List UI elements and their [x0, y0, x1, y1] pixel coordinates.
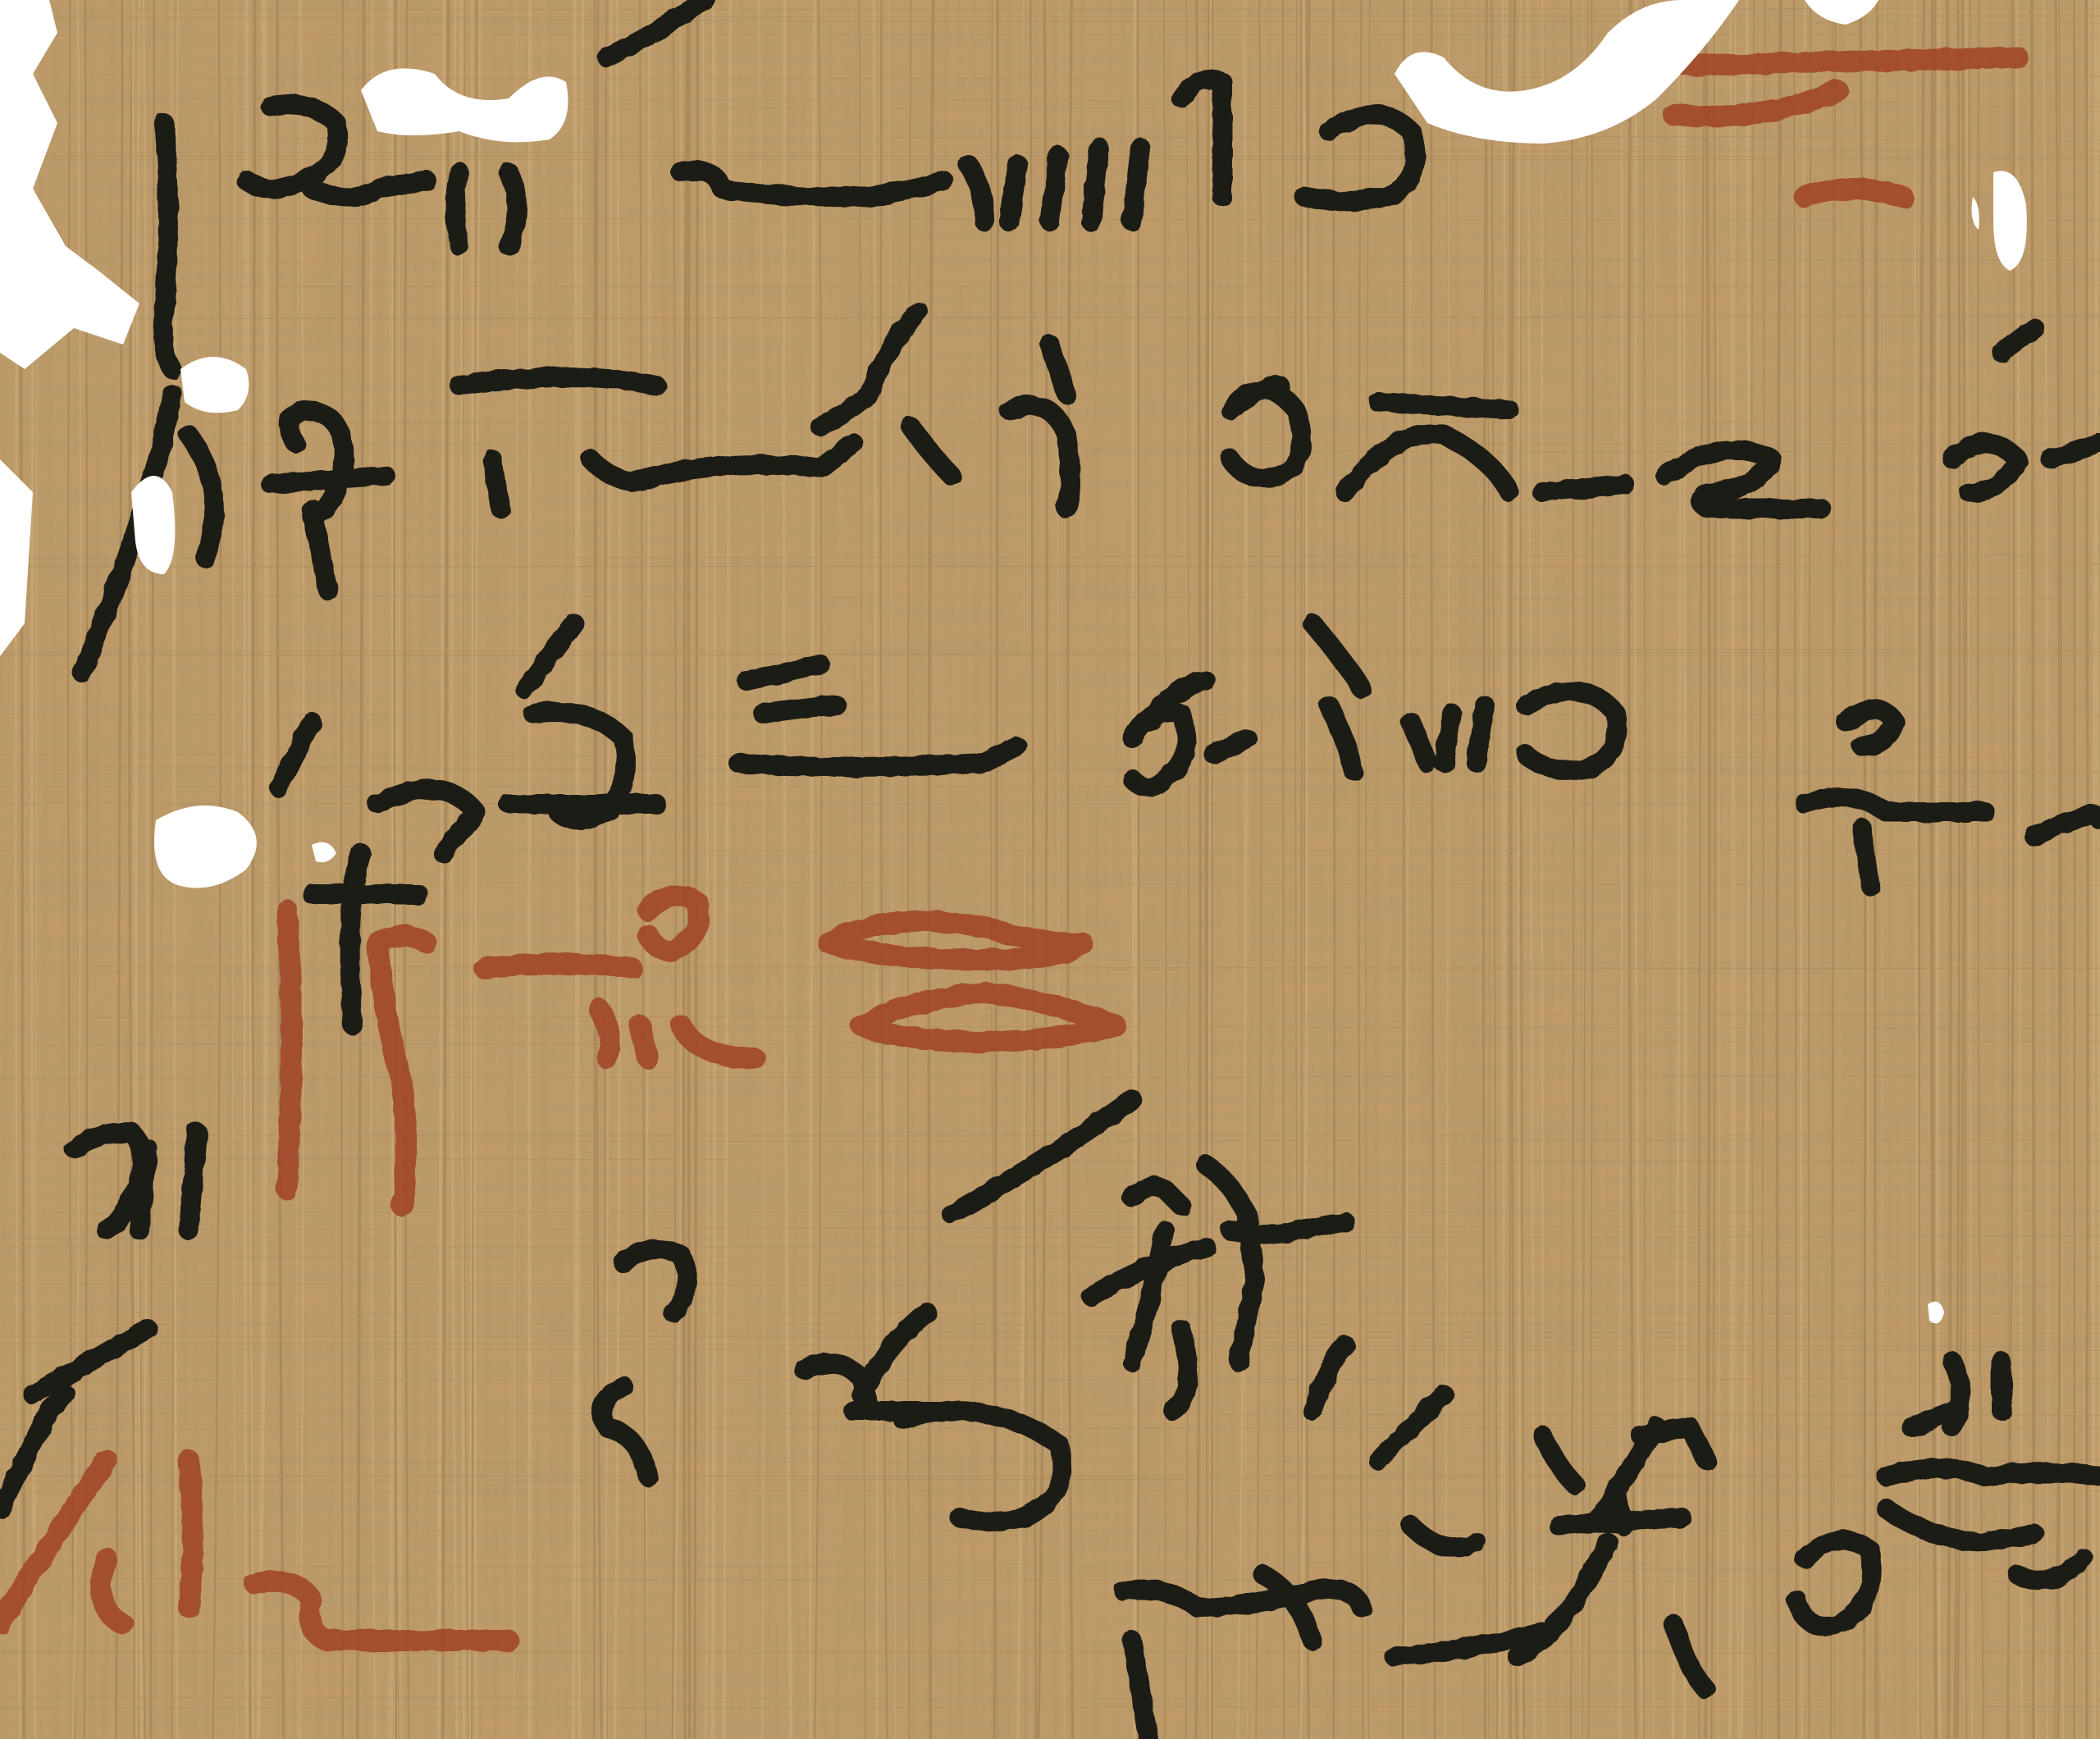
red-ink-stroke	[287, 911, 291, 1189]
fiber-line	[688, 0, 690, 1739]
red-ink-stroke	[189, 1460, 193, 1608]
black-ink-stroke	[1477, 705, 1485, 763]
black-ink-stroke	[1009, 164, 1017, 221]
papyrus-photograph	[0, 0, 2100, 1739]
black-ink-stroke	[1132, 148, 1140, 221]
red-ink-stroke	[484, 964, 632, 968]
red-ink-stroke	[377, 935, 427, 943]
black-ink-stroke	[189, 1132, 197, 1230]
black-ink-stroke	[1091, 148, 1099, 221]
papyrus-hole	[180, 357, 249, 413]
red-ink-stroke	[1673, 57, 2018, 66]
black-ink-stroke	[492, 459, 500, 509]
black-ink-stroke	[509, 172, 517, 246]
fiber-line	[1212, 0, 1212, 1739]
black-ink-stroke	[1542, 484, 1624, 492]
black-ink-stroke	[139, 1148, 148, 1230]
black-ink-stroke	[1230, 1222, 1345, 1235]
black-ink-stroke	[163, 123, 172, 369]
black-ink-stroke	[455, 172, 459, 246]
fiber-line	[594, 0, 595, 1739]
black-ink-stroke	[1378, 402, 1509, 410]
black-ink-stroke	[1862, 828, 1870, 886]
fiber-line	[1138, 0, 1139, 1739]
black-ink-stroke	[459, 377, 656, 386]
black-ink-stroke	[1444, 714, 1452, 763]
black-ink-stroke	[1050, 156, 1058, 221]
fiber-line	[529, 0, 530, 1739]
red-ink-stroke	[1805, 189, 1903, 197]
